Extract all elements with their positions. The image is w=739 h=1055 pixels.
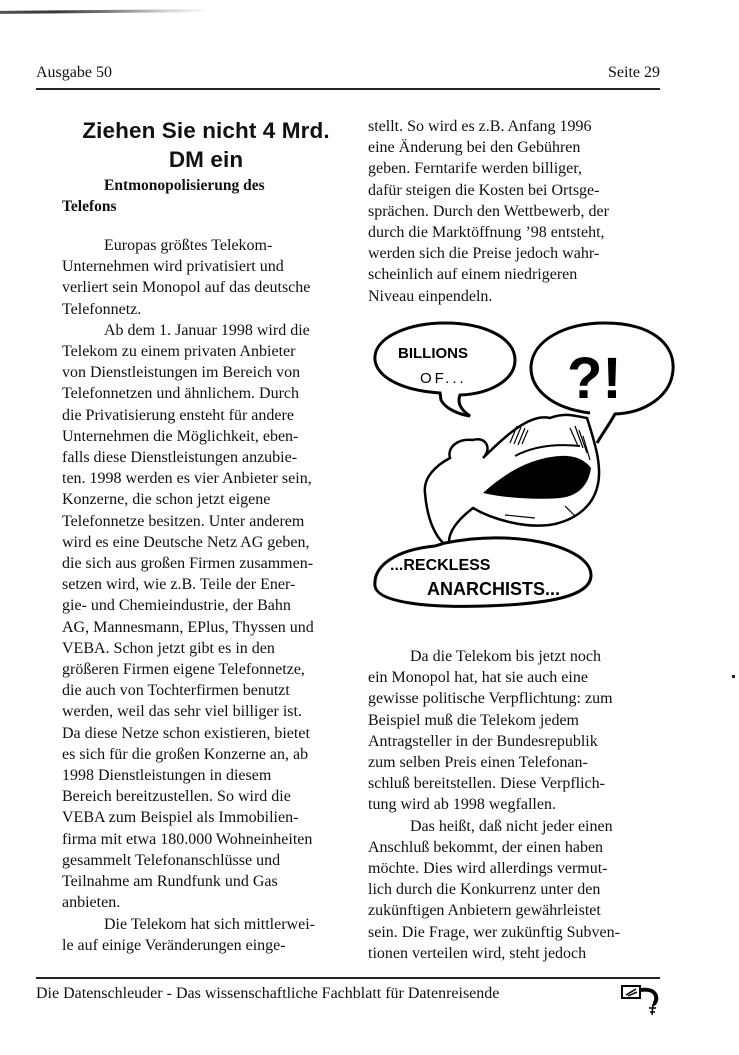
text-line: Konzerne, die schon jetzt eigene (62, 489, 344, 510)
text-line: werden, weil das sehr viel billiger ist. (62, 701, 344, 722)
text-line: Telefonnetze besitzen. Unter anderem (62, 511, 344, 532)
text-line: es sich für die großen Konzerne an, ab (62, 744, 344, 765)
header-rule (36, 88, 660, 90)
svg-text:?!: ?! (567, 346, 622, 411)
chaos-computer-club-logo-icon (620, 982, 664, 1016)
article-body-right-bottom: Da die Telekom bis jetzt nochein Monopol… (368, 646, 658, 964)
text-line: Da die Telekom bis jetzt noch (368, 646, 658, 667)
text-line: scheinlich auf einem niedrigeren (368, 264, 658, 285)
right-column: stellt. So wird es z.B. Anfang 1996eine … (368, 116, 658, 307)
text-line: die auch von Tochterfirmen benutzt (62, 680, 344, 701)
text-line: Europas größtes Telekom- (62, 235, 344, 256)
text-line: Unternehmen die Möglichkeit, eben- (62, 426, 344, 447)
text-line: lich durch die Konkurrenz unter den (368, 879, 658, 900)
text-line: Beispiel muß die Telekom jedem (368, 710, 658, 731)
text-line: Bereich bereitzustellen. So wird die (62, 786, 344, 807)
text-line: Antragsteller in der Bundesrepublik (368, 731, 658, 752)
text-line: Anschluß bekommt, der einen haben (368, 837, 658, 858)
text-line: gewisse politische Verpflichtung: zum (368, 688, 658, 709)
scan-artifact (0, 9, 210, 14)
text-line: möchte. Dies wird allerdings vermut- (368, 858, 658, 879)
text-line: dafür steigen die Kosten bei Ortsge- (368, 180, 658, 201)
text-line: Das heißt, daß nicht jeder einen (368, 816, 658, 837)
article-body-right-top: stellt. So wird es z.B. Anfang 1996eine … (368, 116, 658, 307)
text-line: zum selben Preis einen Telefonan- (368, 752, 658, 773)
text-line: Ab dem 1. Januar 1998 wird die (62, 320, 344, 341)
text-line: Telefonnetzen und ähnlichem. Durch (62, 383, 344, 404)
text-line: Teilnahme am Rundfunk und Gas (62, 871, 344, 892)
page-number: Seite 29 (608, 64, 660, 82)
text-line: Niveau einpendeln. (368, 286, 658, 307)
text-line: verliert sein Monopol auf das deutsche (62, 277, 344, 298)
text-line: ein Monopol hat, hat sie auch eine (368, 667, 658, 688)
svg-text:BILLIONS: BILLIONS (398, 345, 468, 362)
text-line: eine Änderung bei den Gebühren (368, 137, 658, 158)
text-line: die sich aus großen Firmen zusammen- (62, 553, 344, 574)
text-line: Da diese Netze schon existieren, bietet (62, 723, 344, 744)
text-line: gie- und Chemieindustrie, der Bahn (62, 595, 344, 616)
publication-footer: Die Datenschleuder - Das wissenschaftlic… (36, 985, 499, 1003)
text-line: tionen verteilen wird, steht jedoch (368, 943, 658, 964)
footer-rule (36, 977, 660, 979)
text-line: schluß bereitstellen. Diese Verpflich- (368, 773, 658, 794)
left-column: Ziehen Sie nicht 4 Mrd. DM ein Entmonopo… (62, 116, 344, 956)
text-line: gesammelt Telefonanschlüsse und (62, 850, 344, 871)
text-line: zukünftigen Anbietern gewährleistet (368, 900, 658, 921)
text-line: anbieten. (62, 892, 344, 913)
article-headline: Ziehen Sie nicht 4 Mrd. DM ein (62, 116, 350, 174)
text-line: die Privatisierung ensteht für andere (62, 405, 344, 426)
text-line: ten. 1998 werden es vier Anbieter sein, (62, 468, 344, 489)
lips-drawing (425, 415, 599, 548)
speech-bubble-reckless-anarchists: ...RECKLESS ANARCHISTS... (375, 538, 591, 607)
text-line: tung wird ab 1998 wegfallen. (368, 794, 658, 815)
svg-text:OF...: OF... (420, 370, 467, 387)
svg-text:...RECKLESS: ...RECKLESS (390, 557, 491, 574)
text-line: 1998 Dienstleistungen in diesem (62, 765, 344, 786)
text-line: durch die Marktöffnung ’98 entsteht, (368, 222, 658, 243)
text-line: wird es eine Deutsche Netz AG geben, (62, 532, 344, 553)
right-column-lower: Da die Telekom bis jetzt nochein Monopol… (368, 646, 658, 964)
cartoon-illustration: BILLIONS OF... ?! ...RECKLESS ANARCHISTS… (365, 318, 675, 608)
text-line: werden sich die Preise jedoch wahr- (368, 243, 658, 264)
svg-text:ANARCHISTS...: ANARCHISTS... (427, 579, 560, 599)
article-subheadline: Entmonopolisierung des Telefons (62, 175, 344, 217)
text-line: größeren Firmen eigene Telefonnetze, (62, 659, 344, 680)
text-line: von Dienstleistungen im Bereich von (62, 362, 344, 383)
running-header: Ausgabe 50 Seite 29 (36, 64, 660, 86)
text-line: Unternehmen wird privatisiert und (62, 256, 344, 277)
text-line: firma mit etwa 180.000 Wohneinheiten (62, 829, 344, 850)
text-line: geben. Ferntarife werden billiger, (368, 158, 658, 179)
article-body-left: Europas größtes Telekom-Unternehmen wird… (62, 235, 344, 956)
text-line: sein. Die Frage, wer zukünftig Subven- (368, 922, 658, 943)
scan-speck (732, 675, 735, 678)
text-line: falls diese Dienstleistungen anzubie- (62, 447, 344, 468)
text-line: stellt. So wird es z.B. Anfang 1996 (368, 116, 658, 137)
text-line: VEBA. Schon jetzt gibt es in den (62, 638, 344, 659)
speech-bubble-billions: BILLIONS OF... (375, 323, 515, 416)
text-line: setzen wird, wie z.B. Teile der Ener- (62, 574, 344, 595)
text-line: Telekom zu einem privaten Anbieter (62, 341, 344, 362)
text-line: Die Telekom hat sich mittlerwei- (62, 914, 344, 935)
text-line: VEBA zum Beispiel als Immobilien- (62, 807, 344, 828)
text-line: Telefonnetz. (62, 299, 344, 320)
text-line: le auf einige Veränderungen einge- (62, 935, 344, 956)
issue-number: Ausgabe 50 (36, 64, 112, 82)
text-line: AG, Mannesmann, EPlus, Thyssen und (62, 617, 344, 638)
text-line: sprächen. Durch den Wettbewerb, der (368, 201, 658, 222)
